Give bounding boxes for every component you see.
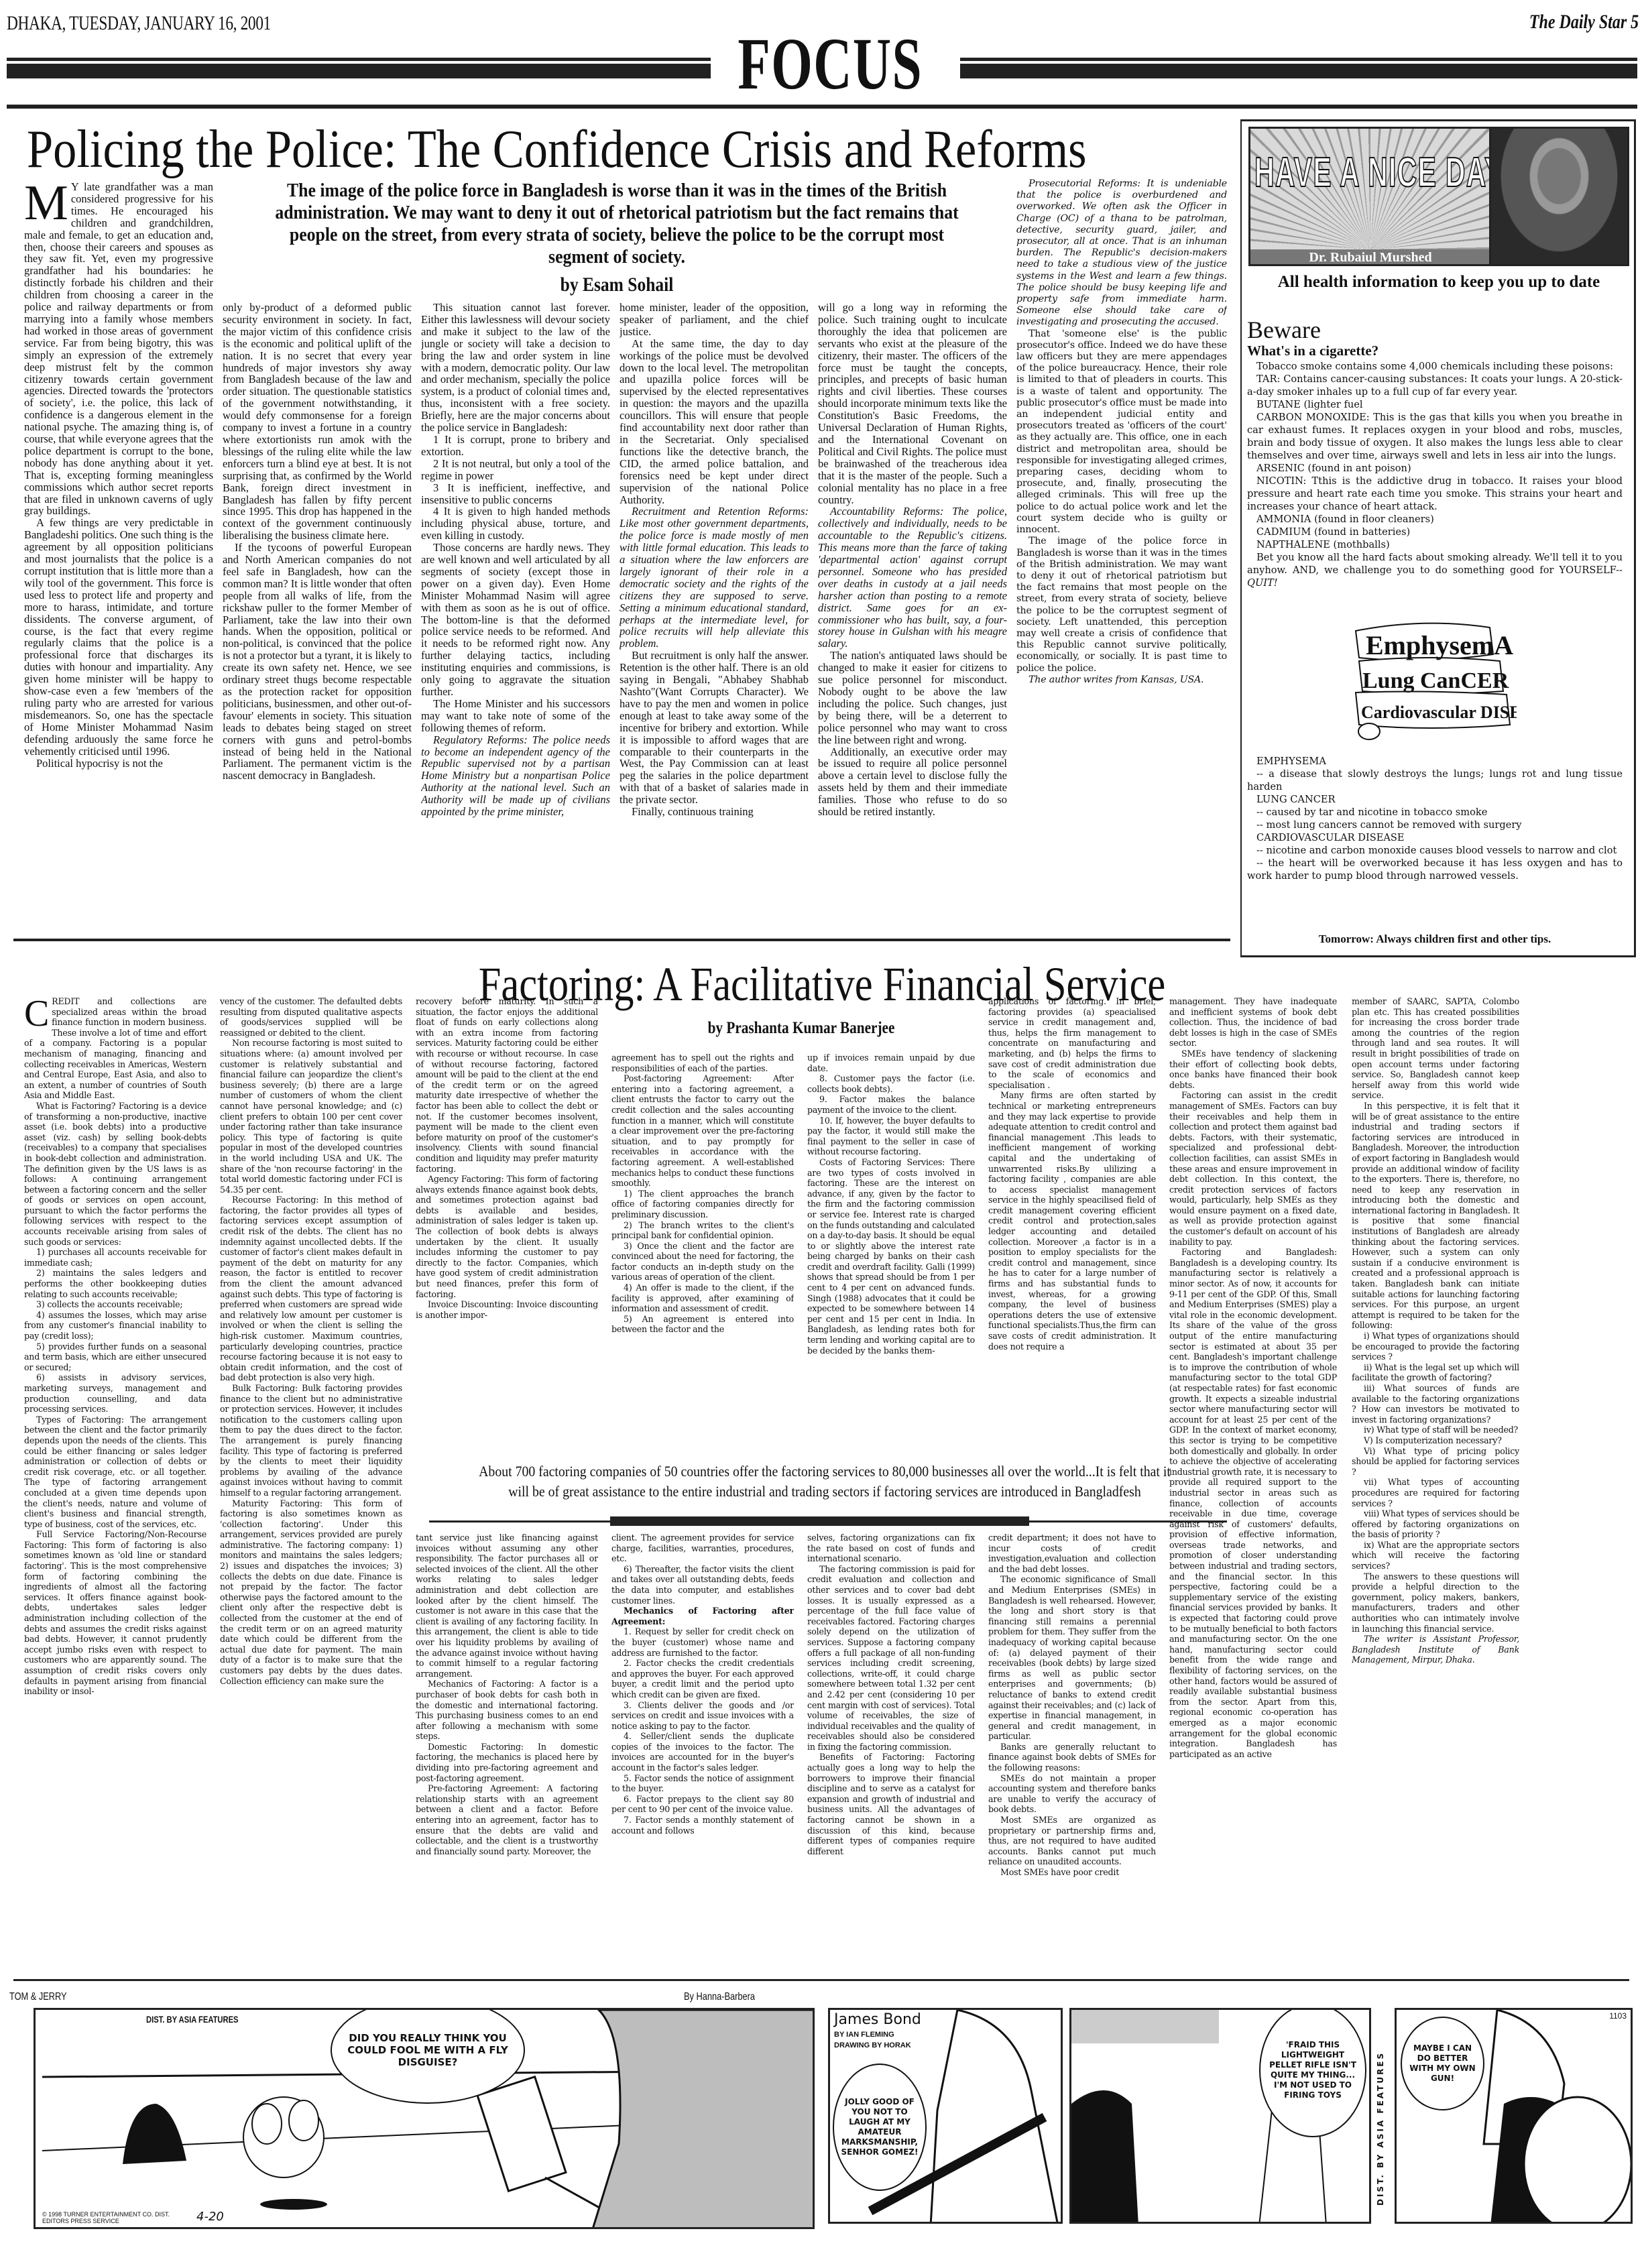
paragraph: The Home Minister and his successors may…	[421, 698, 610, 734]
challenge-text: Bet you know all the hard facts about sm…	[1247, 552, 1623, 576]
paragraph: Factoring and Bangladesh: Bangladesh is …	[1169, 1247, 1337, 1759]
masthead-bottom-rule	[7, 105, 1637, 109]
headline-police: Policing the Police: The Confidence Cris…	[27, 119, 1077, 180]
paragraph: At the same time, the day to day working…	[620, 338, 809, 506]
list-item: NAPTHALENE (mothballs)	[1247, 538, 1623, 551]
disease-cartoon-illustration: EmphysemA Lung CanCER Cardiovascular DIS…	[1342, 617, 1517, 745]
list-item: 4) An offer is made to the client, if th…	[611, 1282, 794, 1314]
list-item: EMPHYSEMA	[1247, 755, 1623, 768]
list-item: 5) provides further funds on a seasonal …	[24, 1341, 207, 1373]
cartoon-word: EmphysemA	[1366, 630, 1513, 660]
paragraph: Agency Factoring: This form of factoring…	[416, 1174, 598, 1299]
paragraph: credit department; it does not have to i…	[988, 1533, 1156, 1574]
list-item: ix) What are the appropriate sectors whi…	[1352, 1540, 1519, 1571]
paragraph: tant service just like financing against…	[416, 1533, 598, 1679]
columnist-name: Dr. Rubaiul Murshed	[1250, 249, 1490, 265]
paragraph: Bulk Factoring: Bulk factoring provides …	[220, 1383, 402, 1498]
list-item: TAR: Contains cancer-causing substances:…	[1247, 373, 1623, 398]
list-item: -- the heart will be overworked because …	[1247, 857, 1623, 882]
list-item: vii) What types of accounting procedures…	[1352, 1477, 1519, 1508]
comic-credit-hanna-barbera: By Hanna-Barbera	[684, 1991, 755, 2003]
paragraph: In this perspective, it is felt that it …	[1352, 1101, 1519, 1331]
paragraph: REDIT and collections are specialized ar…	[24, 996, 207, 1101]
subheading: Mechanics of Factoring after Agreement:	[611, 1606, 794, 1626]
paragraph: SMEs have tendency of slackening their e…	[1169, 1049, 1337, 1090]
pull-quote: About 700 factoring companies of 50 coun…	[469, 1461, 1181, 1502]
list-item: iv) What type of staff will be needed?	[1352, 1425, 1519, 1435]
list-item: 8. Customer pays the factor (i.e. collec…	[807, 1073, 975, 1094]
paragraph: Domestic Factoring: In domestic factorin…	[416, 1742, 598, 1783]
list-item: 7. Factor sends a monthly statement of a…	[611, 1815, 794, 1836]
sidebar-tagline: All health information to keep you up to…	[1248, 272, 1629, 292]
paragraph: Finally, continuous training	[620, 806, 809, 818]
comics-divider	[13, 1979, 1629, 1981]
factoring-col-4: agreement has to spell out the rights an…	[611, 1053, 794, 1452]
brand-name: The Daily Star	[1529, 11, 1627, 33]
paragraph: Y late grandfather was a man considered …	[24, 181, 213, 517]
tom-and-jerry-strip: DIST. BY ASIA FEATURES DID YOU REALLY TH…	[34, 2008, 815, 2229]
speech-bubble: MAYBE I CAN DO BETTER WITH MY OWN GUN!	[1401, 2017, 1484, 2110]
list-item: V) Is computerization necessary?	[1352, 1435, 1519, 1446]
list-item: 10. If, however, the buyer defaults to p…	[807, 1116, 975, 1157]
article-deck: The image of the police force in Banglad…	[259, 180, 974, 268]
james-bond-panel-1: James Bond BY IAN FLEMING DRAWING BY HOR…	[828, 2008, 1063, 2224]
copyright-notice: © 1998 TURNER ENTERTAINMENT CO. DIST. ED…	[42, 2211, 176, 2224]
paragraph: Most SMEs are organized as proprietary o…	[988, 1815, 1156, 1867]
paragraph: management. They have inadequate and ine…	[1169, 996, 1337, 1049]
masthead-rule-right-thick	[960, 64, 1637, 78]
list-item: -- nicotine and carbon monoxide causes b…	[1247, 844, 1623, 857]
police-col-1: M Y late grandfather was a man considere…	[24, 181, 213, 939]
paragraph: agreement has to spell out the rights an…	[611, 1053, 794, 1073]
paragraph: applications of factoring. In brief, fac…	[988, 996, 1156, 1090]
police-col-2: only by-product of a deformed public sec…	[223, 302, 412, 939]
list-item: LUNG CANCER	[1247, 793, 1623, 806]
paragraph: vency of the customer. The defaulted deb…	[220, 996, 402, 1038]
strip-date-code: 4-20	[196, 2210, 224, 2224]
list-item: 1) The client approaches the branch offi…	[611, 1189, 794, 1220]
paragraph: This situation cannot last forever. Eith…	[421, 302, 610, 434]
speech-bubble: 'FRAID THIS LIGHTWEIGHT PELLET RIFLE ISN…	[1259, 2008, 1366, 2137]
factoring-lower-col-4: credit department; it does not have to i…	[988, 1533, 1156, 1975]
masthead-rule-right-thin	[960, 58, 1637, 61]
list-item: viii) What types of services should be o…	[1352, 1508, 1519, 1540]
paragraph: Many firms are often started by technica…	[988, 1090, 1156, 1352]
police-col-3: This situation cannot last forever. Eith…	[421, 302, 610, 939]
factoring-lower-col-2: client. The agreement provides for servi…	[611, 1533, 794, 1975]
list-item: 6) assists in advisory services, marketi…	[24, 1372, 207, 1414]
paragraph: home minister, leader of the opposition,…	[620, 302, 809, 338]
paragraph: recovery before maturity. In such a situ…	[416, 996, 598, 1174]
list-item: 6. Factor prepays to the client say 80 p…	[611, 1794, 794, 1815]
paragraph: selves, factoring organizations can fix …	[807, 1533, 975, 1564]
list-item: 9. Factor makes the balance payment of t…	[807, 1094, 975, 1115]
list-item: 5) An agreement is entered into between …	[611, 1314, 794, 1335]
svg-text:Cardiovascular DISEASE: Cardiovascular DISEASE	[1361, 703, 1517, 722]
paragraph: Most SMEs have poor credit	[988, 1867, 1156, 1878]
paragraph: Benefits of Factoring: Factoring actuall…	[807, 1752, 975, 1856]
paragraph: Mechanics of Factoring: A factor is a pu…	[416, 1679, 598, 1742]
list-item: 4 It is given to high handed methods inc…	[421, 505, 610, 542]
paragraph: up if invoices remain unpaid by due date…	[807, 1053, 975, 1073]
list-item: 4. Seller/client sends the duplicate cop…	[611, 1731, 794, 1773]
list-item: 2) The branch writes to the client's pri…	[611, 1220, 794, 1241]
paragraph: member of SAARC, SAPTA, Colombo plan etc…	[1352, 996, 1519, 1101]
james-bond-panel-3: 1103 MAYBE I CAN DO BETTER WITH MY OWN G…	[1395, 2008, 1633, 2224]
paragraph: Factoring can assist in the credit manag…	[1169, 1090, 1337, 1247]
paragraph: Prosecutorial Reforms: It is undeniable …	[1016, 178, 1227, 329]
list-item: 4) assumes the losses, which may arise f…	[24, 1310, 207, 1341]
list-item: i) What types of organizations should be…	[1352, 1331, 1519, 1362]
have-a-nice-day-banner: HAVE A NICE DAY Dr. Rubaiul Murshed	[1248, 127, 1629, 266]
drop-cap: M	[24, 183, 71, 223]
factoring-col-6: applications of factoring. In brief, fac…	[988, 996, 1156, 1452]
dateline: DHAKA, TUESDAY, JANUARY 16, 2001	[7, 12, 271, 35]
columnist-photo	[1489, 129, 1627, 264]
smoking-diseases-list: EMPHYSEMA -- a disease that slowly destr…	[1247, 755, 1623, 882]
list-item: 1) purchases all accounts receivable for…	[24, 1247, 207, 1268]
speech-bubble: JOLLY GOOD OF YOU NOT TO LAUGH AT MY AMA…	[833, 2064, 927, 2191]
list-item: 2. Factor checks the credit credentials …	[611, 1658, 794, 1699]
cigarette-ingredients: Tobacco smoke contains some 4,000 chemic…	[1247, 360, 1623, 589]
police-col-4: home minister, leader of the opposition,…	[620, 302, 809, 939]
paragraph: will go a long way in reforming the poli…	[818, 302, 1007, 505]
paragraph: If the tycoons of powerful European and …	[223, 542, 412, 782]
paragraph: Pre-factoring Agreement: A factoring rel…	[416, 1783, 598, 1856]
byline-factoring: by Prashanta Kumar Banerjee	[667, 1019, 935, 1038]
list-item: 3. Clients deliver the goods and /or ser…	[611, 1700, 794, 1732]
list-item: 5. Factor sends the notice of assignment…	[611, 1773, 794, 1794]
paragraph: Regulatory Reforms: The police needs to …	[421, 734, 610, 818]
quit-text: QUIT!	[1247, 577, 1278, 589]
paragraph: client. The agreement provides for servi…	[611, 1533, 794, 1564]
list-item: Vi) What type of pricing policy should b…	[1352, 1446, 1519, 1478]
paragraph: only by-product of a deformed public sec…	[223, 302, 412, 542]
factoring-col-7: management. They have inadequate and ine…	[1169, 996, 1337, 1975]
list-item: 3 It is inefficient, ineffective, and in…	[421, 482, 610, 506]
paragraph: Banks are generally reluctant to finance…	[988, 1742, 1156, 1773]
paragraph: Additionally, an executive order may be …	[818, 746, 1007, 818]
drop-cap: C	[24, 998, 52, 1029]
svg-text:Lung CanCER: Lung CanCER	[1362, 668, 1509, 693]
paragraph: The answers to these questions will prov…	[1352, 1571, 1519, 1634]
section-title: FOCUS	[738, 27, 911, 101]
comic-title-tom-and-jerry: TOM & JERRY	[9, 1991, 67, 2003]
factoring-lower-col-3: selves, factoring organizations can fix …	[807, 1533, 975, 1975]
paragraph: Invoice Discounting: Invoice discounting…	[416, 1299, 598, 1320]
list-item: ARSENIC (found in ant poison)	[1247, 462, 1623, 475]
sidebar-subheading: What's in a cigarette?	[1247, 343, 1378, 359]
list-item: AMMONIA (found in floor cleaners)	[1247, 513, 1623, 526]
author-note: The author writes from Kansas, USA.	[1016, 674, 1227, 686]
author-note: The writer is Assistant Professor, Bangl…	[1352, 1634, 1519, 1665]
pull-quote-bar	[610, 1516, 1029, 1526]
list-item: 3) collects the accounts receivable;	[24, 1299, 207, 1310]
paragraph: Recruitment and Retention Reforms: Like …	[620, 505, 809, 650]
james-bond-panel-2: 'FRAID THIS LIGHTWEIGHT PELLET RIFLE ISN…	[1069, 2008, 1371, 2224]
paragraph: The nation's antiquated laws should be c…	[818, 650, 1007, 745]
article-divider	[13, 939, 1230, 941]
paragraph: Costs of Factoring Services: There are t…	[807, 1157, 975, 1356]
paragraph: Accountability Reforms: The police, coll…	[818, 505, 1007, 650]
list-item: -- caused by tar and nicotine in tobacco…	[1247, 806, 1623, 819]
list-item: 1. Request by seller for credit check on…	[611, 1626, 794, 1658]
masthead-rule-left-thick	[7, 64, 711, 78]
list-item: Bet you know all the hard facts about sm…	[1247, 551, 1623, 589]
list-item: 1 It is corrupt, prone to bribery and ex…	[421, 434, 610, 458]
list-item: Tobacco smoke contains some 4,000 chemic…	[1247, 360, 1623, 373]
paragraph: But recruitment is only half the answer.…	[620, 650, 809, 806]
paragraph: Those concerns are hardly news. They are…	[421, 542, 610, 698]
paragraph: Recourse Factoring: In this method of fa…	[220, 1195, 402, 1383]
paragraph: 6) Thereafter, the factor visits the cli…	[611, 1564, 794, 1606]
list-item: CARDIOVASCULAR DISEASE	[1247, 831, 1623, 844]
list-item: -- most lung cancers cannot be removed w…	[1247, 819, 1623, 831]
sidebar-heading: Beware	[1247, 316, 1321, 344]
paragraph: Full Service Factoring/Non-Recourse Fact…	[24, 1529, 207, 1697]
paragraph: Political hypocrisy is not the	[24, 758, 213, 770]
list-item: ii) What is the legal set up which will …	[1352, 1362, 1519, 1383]
paragraph: That 'someone else' is the public prosec…	[1016, 329, 1227, 536]
paragraph: The factoring commission is paid for cre…	[807, 1564, 975, 1752]
paragraph: The image of the police force in Banglad…	[1016, 536, 1227, 674]
paragraph: Maturity Factoring: This form of factori…	[220, 1498, 402, 1687]
list-item: CARBON MONOXIDE: This is the gas that ki…	[1247, 411, 1623, 462]
list-item: 3) Once the client and the factor are co…	[611, 1241, 794, 1282]
police-col-6: Prosecutorial Reforms: It is undeniable …	[1016, 178, 1227, 939]
factoring-col-3: recovery before maturity. In such a situ…	[416, 996, 598, 1452]
paragraph: Non recourse factoring is most suited to…	[220, 1038, 402, 1195]
list-item: 2 It is not neutral, but only a tool of …	[421, 458, 610, 482]
list-item: NICOTIN: Tthis is the addictive drug in …	[1247, 475, 1623, 513]
list-item: iii) What sources of funds are available…	[1352, 1383, 1519, 1425]
paragraph: What is Factoring? Factoring is a device…	[24, 1101, 207, 1247]
factoring-col-8: member of SAARC, SAPTA, Colombo plan etc…	[1352, 996, 1519, 1908]
factoring-lower-col-1: tant service just like financing against…	[416, 1533, 598, 1975]
police-col-5: will go a long way in reforming the poli…	[818, 302, 1007, 939]
paragraph: Types of Factoring: The arrangement betw…	[24, 1415, 207, 1530]
health-sidebar: HAVE A NICE DAY Dr. Rubaiul Murshed All …	[1240, 119, 1636, 957]
banner-title: HAVE A NICE DAY	[1254, 149, 1409, 196]
paragraph: The economic significance of Small and M…	[988, 1574, 1156, 1742]
factoring-col-2: vency of the customer. The defaulted deb…	[220, 996, 402, 1975]
tomorrow-teaser: Tomorrow: Always children first and othe…	[1247, 933, 1623, 946]
newspaper-brand: The Daily Star 5	[1529, 11, 1639, 34]
factoring-col-1: C REDIT and collections are specialized …	[24, 996, 207, 1975]
paragraph: SMEs do not maintain a proper accounting…	[988, 1773, 1156, 1815]
list-item: BUTANE (lighter fuel	[1247, 398, 1623, 411]
list-item: 2) maintains the sales ledgers and perfo…	[24, 1268, 207, 1299]
masthead-rule-left-thin	[7, 58, 711, 61]
paragraph: Post-factoring Agreement: After entering…	[611, 1073, 794, 1189]
distributor-credit-vertical: DIST. BY ASIA FEATURES	[1376, 2025, 1389, 2206]
paragraph: A few things are very predictable in Ban…	[24, 517, 213, 757]
factoring-col-5: up if invoices remain unpaid by due date…	[807, 1053, 975, 1452]
page-number: 5	[1631, 11, 1639, 33]
list-item: CADMIUM (found in batteries)	[1247, 526, 1623, 538]
byline-police: by Esam Sohail	[491, 274, 742, 296]
list-item: -- a disease that slowly destroys the lu…	[1247, 768, 1623, 793]
